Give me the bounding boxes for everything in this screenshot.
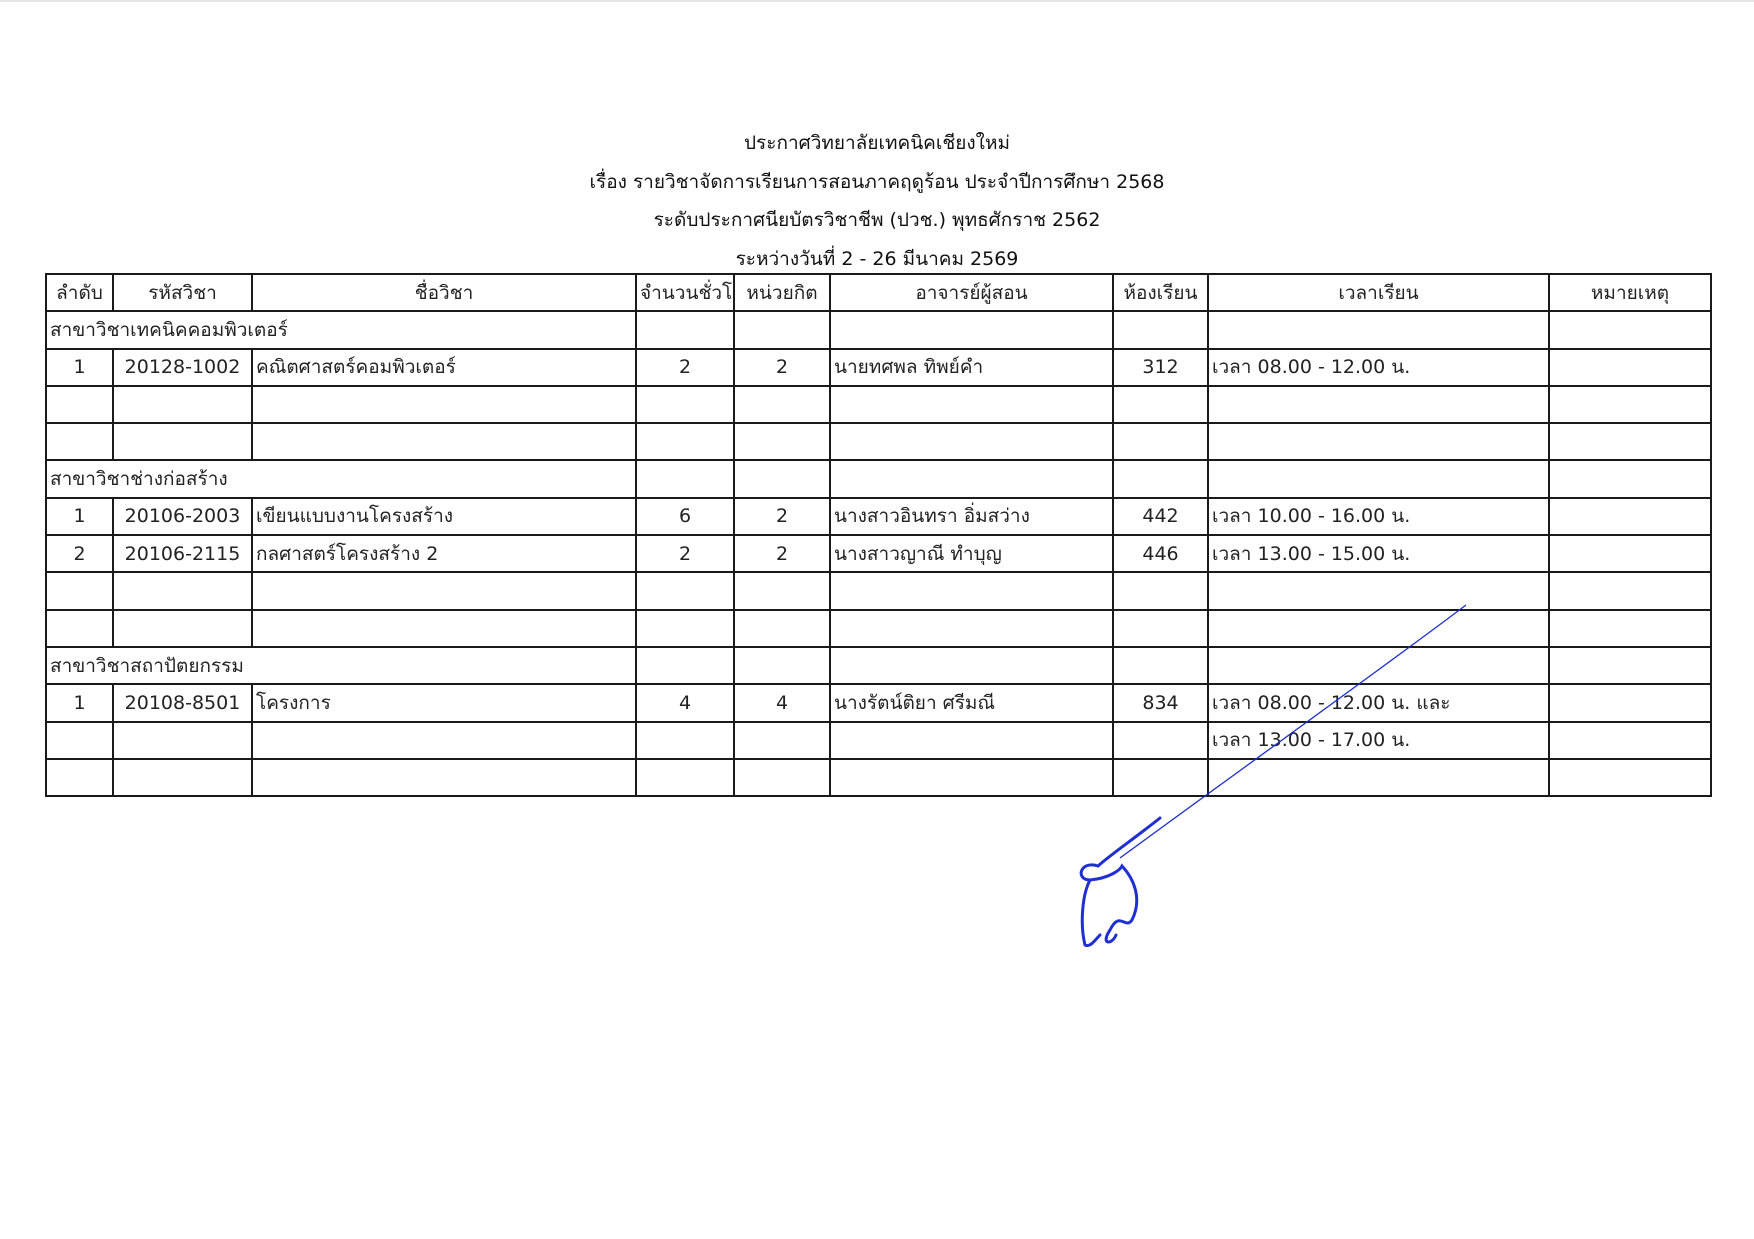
row-no: [46, 610, 113, 647]
row-hours: [636, 759, 734, 796]
row-note: [1549, 349, 1711, 386]
row-time: เวลา 13.00 - 15.00 น.: [1208, 535, 1549, 572]
row-name: [252, 572, 636, 609]
empty-cell: [636, 460, 734, 497]
row-name: [252, 722, 636, 759]
table-row: [46, 610, 1711, 647]
section-title: สาขาวิชาเทคนิคคอมพิวเตอร์: [46, 311, 636, 348]
row-teacher: [830, 572, 1113, 609]
row-room: [1113, 722, 1208, 759]
row-name: เขียนแบบงานโครงสร้าง: [252, 498, 636, 535]
section-row: สาขาวิชาช่างก่อสร้าง: [46, 460, 1711, 497]
header-hours: จำนวนชั่วโมง: [636, 274, 734, 311]
row-time: [1208, 386, 1549, 423]
row-code: [113, 572, 252, 609]
row-hours: [636, 572, 734, 609]
row-no: 1: [46, 498, 113, 535]
row-credits: [734, 759, 830, 796]
row-note: [1549, 386, 1711, 423]
empty-cell: [1208, 311, 1549, 348]
row-code: 20128-1002: [113, 349, 252, 386]
header-no: ลำดับ: [46, 274, 113, 311]
row-teacher: นางสาวญาณี ทำบุญ: [830, 535, 1113, 572]
schedule-table: ลำดับ รหัสวิชา ชื่อวิชา จำนวนชั่วโมง หน่…: [45, 273, 1712, 797]
row-code: [113, 386, 252, 423]
row-credits: [734, 386, 830, 423]
row-hours: 6: [636, 498, 734, 535]
empty-cell: [1113, 311, 1208, 348]
row-room: 446: [1113, 535, 1208, 572]
scan-edge: [0, 0, 1754, 2]
table-row: [46, 386, 1711, 423]
section-title: สาขาวิชาช่างก่อสร้าง: [46, 460, 636, 497]
row-hours: 4: [636, 684, 734, 721]
row-name: โครงการ: [252, 684, 636, 721]
row-hours: [636, 722, 734, 759]
row-teacher: นางสาวอินทรา อิ่มสว่าง: [830, 498, 1113, 535]
empty-cell: [636, 311, 734, 348]
row-no: [46, 722, 113, 759]
empty-cell: [830, 311, 1113, 348]
row-name: คณิตศาสตร์คอมพิวเตอร์: [252, 349, 636, 386]
row-room: 312: [1113, 349, 1208, 386]
row-time: [1208, 610, 1549, 647]
empty-cell: [1113, 460, 1208, 497]
row-time: [1208, 572, 1549, 609]
row-credits: 2: [734, 535, 830, 572]
row-teacher: นายทศพล ทิพย์คำ: [830, 349, 1113, 386]
row-no: 1: [46, 684, 113, 721]
table-row: 120128-1002คณิตศาสตร์คอมพิวเตอร์22นายทศพ…: [46, 349, 1711, 386]
row-note: [1549, 423, 1711, 460]
row-code: [113, 759, 252, 796]
title-line-1: ประกาศวิทยาลัยเทคนิคเชียงใหม่: [0, 124, 1754, 163]
header-name: ชื่อวิชา: [252, 274, 636, 311]
row-room: 834: [1113, 684, 1208, 721]
row-note: [1549, 535, 1711, 572]
table-row: [46, 759, 1711, 796]
row-credits: 2: [734, 349, 830, 386]
row-hours: [636, 610, 734, 647]
row-code: 20106-2115: [113, 535, 252, 572]
row-room: [1113, 572, 1208, 609]
empty-cell: [1113, 647, 1208, 684]
row-name: [252, 386, 636, 423]
row-time: [1208, 759, 1549, 796]
row-note: [1549, 610, 1711, 647]
row-room: [1113, 386, 1208, 423]
row-room: 442: [1113, 498, 1208, 535]
row-note: [1549, 498, 1711, 535]
empty-cell: [1549, 647, 1711, 684]
row-note: [1549, 722, 1711, 759]
header-teacher: อาจารย์ผู้สอน: [830, 274, 1113, 311]
row-credits: 4: [734, 684, 830, 721]
row-code: [113, 610, 252, 647]
table-header-row: ลำดับ รหัสวิชา ชื่อวิชา จำนวนชั่วโมง หน่…: [46, 274, 1711, 311]
row-no: [46, 759, 113, 796]
title-line-3: ระดับประกาศนียบัตรวิชาชีพ (ปวช.) พุทธศัก…: [0, 201, 1754, 240]
row-name: [252, 610, 636, 647]
section-row: สาขาวิชาเทคนิคคอมพิวเตอร์: [46, 311, 1711, 348]
row-code: 20106-2003: [113, 498, 252, 535]
document-title-block: ประกาศวิทยาลัยเทคนิคเชียงใหม่ เรื่อง ราย…: [0, 124, 1754, 278]
row-room: [1113, 759, 1208, 796]
row-note: [1549, 684, 1711, 721]
row-time: เวลา 13.00 - 17.00 น.: [1208, 722, 1549, 759]
row-credits: [734, 572, 830, 609]
empty-cell: [1208, 460, 1549, 497]
header-code: รหัสวิชา: [113, 274, 252, 311]
row-credits: [734, 610, 830, 647]
empty-cell: [734, 311, 830, 348]
empty-cell: [1208, 647, 1549, 684]
row-hours: 2: [636, 349, 734, 386]
row-teacher: [830, 610, 1113, 647]
row-code: [113, 722, 252, 759]
row-time: เวลา 08.00 - 12.00 น. และ: [1208, 684, 1549, 721]
row-name: [252, 423, 636, 460]
row-no: [46, 386, 113, 423]
section-row: สาขาวิชาสถาปัตยกรรม: [46, 647, 1711, 684]
table-row: 120106-2003เขียนแบบงานโครงสร้าง62นางสาวอ…: [46, 498, 1711, 535]
row-no: [46, 572, 113, 609]
empty-cell: [830, 460, 1113, 497]
row-name: [252, 759, 636, 796]
row-teacher: นางรัตน์ติยา ศรีมณี: [830, 684, 1113, 721]
row-hours: 2: [636, 535, 734, 572]
row-teacher: [830, 759, 1113, 796]
section-title: สาขาวิชาสถาปัตยกรรม: [46, 647, 636, 684]
row-note: [1549, 572, 1711, 609]
table-row: เวลา 13.00 - 17.00 น.: [46, 722, 1711, 759]
row-note: [1549, 759, 1711, 796]
row-time: เวลา 10.00 - 16.00 น.: [1208, 498, 1549, 535]
row-no: 1: [46, 349, 113, 386]
row-code: 20108-8501: [113, 684, 252, 721]
table-body: สาขาวิชาเทคนิคคอมพิวเตอร์120128-1002คณิต…: [46, 311, 1711, 796]
row-code: [113, 423, 252, 460]
row-room: [1113, 423, 1208, 460]
empty-cell: [1549, 460, 1711, 497]
header-room: ห้องเรียน: [1113, 274, 1208, 311]
row-time: เวลา 08.00 - 12.00 น.: [1208, 349, 1549, 386]
row-teacher: [830, 722, 1113, 759]
row-hours: [636, 386, 734, 423]
empty-cell: [734, 647, 830, 684]
row-credits: [734, 722, 830, 759]
row-hours: [636, 423, 734, 460]
header-time: เวลาเรียน: [1208, 274, 1549, 311]
header-note: หมายเหตุ: [1549, 274, 1711, 311]
row-credits: 2: [734, 498, 830, 535]
empty-cell: [734, 460, 830, 497]
empty-cell: [830, 647, 1113, 684]
title-line-2: เรื่อง รายวิชาจัดการเรียนการสอนภาคฤดูร้อ…: [0, 163, 1754, 202]
row-room: [1113, 610, 1208, 647]
row-no: [46, 423, 113, 460]
row-teacher: [830, 423, 1113, 460]
table-row: [46, 572, 1711, 609]
empty-cell: [636, 647, 734, 684]
empty-cell: [1549, 311, 1711, 348]
row-name: กลศาสตร์โครงสร้าง 2: [252, 535, 636, 572]
row-no: 2: [46, 535, 113, 572]
table-row: [46, 423, 1711, 460]
table-row: 220106-2115กลศาสตร์โครงสร้าง 222นางสาวญา…: [46, 535, 1711, 572]
row-time: [1208, 423, 1549, 460]
row-teacher: [830, 386, 1113, 423]
table-row: 120108-8501โครงการ44นางรัตน์ติยา ศรีมณี8…: [46, 684, 1711, 721]
header-credits: หน่วยกิต: [734, 274, 830, 311]
row-credits: [734, 423, 830, 460]
